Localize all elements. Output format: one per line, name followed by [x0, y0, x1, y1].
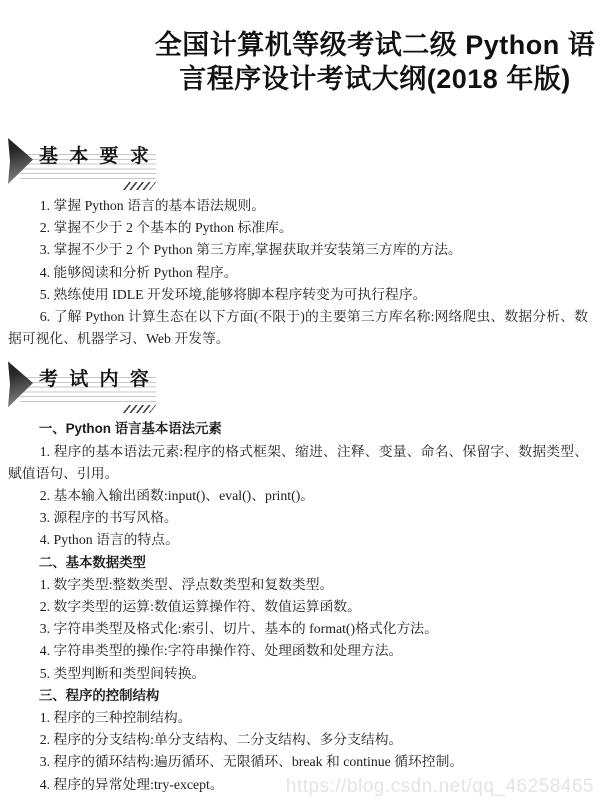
- subsection-heading: 三、程序的控制结构: [8, 685, 588, 707]
- list-item: 3. 程序的循环结构:遍历循环、无限循环、break 和 continue 循环…: [8, 751, 588, 773]
- section-heading-basic-requirements: 基 本 要 求: [39, 141, 152, 168]
- list-item: 2. 数字类型的运算:数值运算操作符、数值运算函数。: [8, 596, 588, 618]
- list-item: 1. 程序的三种控制结构。: [8, 707, 588, 729]
- subsection-heading: 二、基本数据类型: [8, 552, 588, 574]
- list-item: 2. 程序的分支结构:单分支结构、二分支结构、多分支结构。: [8, 729, 588, 751]
- page-title-line-2: 言程序设计考试大纲(2018 年版): [150, 62, 600, 96]
- section-heading-exam-content: 考 试 内 容: [39, 364, 152, 391]
- page-title-line-1: 全国计算机等级考试二级 Python 语: [150, 28, 600, 62]
- list-item: 4. 能够阅读和分析 Python 程序。: [8, 262, 588, 284]
- hatch-marks-icon: [123, 405, 156, 413]
- list-item: 6. 了解 Python 计算生态在以下方面(不限于)的主要第三方库名称:网络爬…: [8, 306, 588, 350]
- list-item: 5. 熟练使用 IDLE 开发环境,能够将脚本程序转变为可执行程序。: [8, 284, 588, 306]
- list-item: 2. 基本输入输出函数:input()、eval()、print()。: [8, 485, 588, 507]
- list-item: 5. 类型判断和类型间转换。: [8, 663, 588, 685]
- section-header-exam-content: 考 试 内 容: [8, 359, 600, 414]
- subsection-heading: 一、Python 语言基本语法元素: [8, 418, 588, 440]
- list-item: 1. 掌握 Python 语言的基本语法规则。: [8, 195, 588, 217]
- list-item: 3. 源程序的书写风格。: [8, 507, 588, 529]
- list-item: 3. 掌握不少于 2 个 Python 第三方库,掌握获取并安装第三方库的方法。: [8, 239, 588, 261]
- basic-requirements-content: 1. 掌握 Python 语言的基本语法规则。 2. 掌握不少于 2 个基本的 …: [0, 195, 600, 350]
- document-page: 全国计算机等级考试二级 Python 语 言程序设计考试大纲(2018 年版) …: [0, 28, 600, 796]
- list-item: 4. 字符串类型的操作:字符串操作符、处理函数和处理方法。: [8, 640, 588, 662]
- list-item: 2. 掌握不少于 2 个基本的 Python 标准库。: [8, 217, 588, 239]
- section-header-basic-requirements: 基 本 要 求: [8, 136, 600, 191]
- watermark: https://blog.csdn.net/qq_46258465: [286, 776, 594, 798]
- page-title: 全国计算机等级考试二级 Python 语 言程序设计考试大纲(2018 年版): [0, 28, 600, 96]
- list-item: 1. 数字类型:整数类型、浮点数类型和复数类型。: [8, 574, 588, 596]
- list-item: 4. Python 语言的特点。: [8, 529, 588, 551]
- exam-content-content: 一、Python 语言基本语法元素 1. 程序的基本语法元素:程序的格式框架、缩…: [0, 418, 600, 795]
- hatch-marks-icon: [123, 182, 156, 190]
- list-item: 3. 字符串类型及格式化:索引、切片、基本的 format()格式化方法。: [8, 618, 588, 640]
- list-item: 1. 程序的基本语法元素:程序的格式框架、缩进、注释、变量、命名、保留字、数据类…: [8, 441, 588, 485]
